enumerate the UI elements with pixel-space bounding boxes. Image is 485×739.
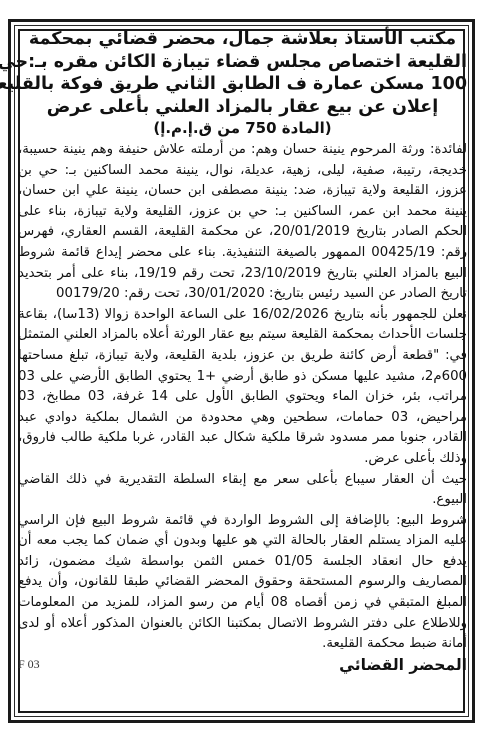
header-line-office: مكتب الأستاذ بعلاشة جمال، محضر قضائي بمح… [18,28,467,51]
header-line-title: إعلان عن بيع عقار بالمزاد العلني بأعلى ع… [18,96,467,119]
legal-article-reference: (المادة 750 من ق.إ.م.إ) [18,118,467,138]
notice-footer: المحضر القضائي F 03 [18,656,467,674]
paragraph-auction-details: نعلن للجمهور بأنه بتاريخ 16/02/2026 على … [18,305,467,470]
paragraph-parties: لفائدة: ورثة المرحوم ينينة حسان وهم: من … [18,140,467,305]
header-line-jurisdiction: القليعة اختصاص مجلس قضاء تيبازة الكائن م… [18,51,467,74]
legal-notice: مكتب الأستاذ بعلاشة جمال، محضر قضائي بمح… [18,28,467,674]
header-line-address: 100 مسكن عمارة ف الطابق الثاني طريق فوكة… [18,73,467,96]
signature-bailiff: المحضر القضائي [339,656,467,674]
publication-code: F 03 [18,657,40,672]
paragraph-sale-authority: حيث أن العقار سيباع بأعلى سعر مع إبقاء ا… [18,470,467,511]
notice-header: مكتب الأستاذ بعلاشة جمال، محضر قضائي بمح… [18,28,467,118]
paragraph-sale-conditions: شروط البيع: بالإضافة إلى الشروط الواردة … [18,511,467,655]
